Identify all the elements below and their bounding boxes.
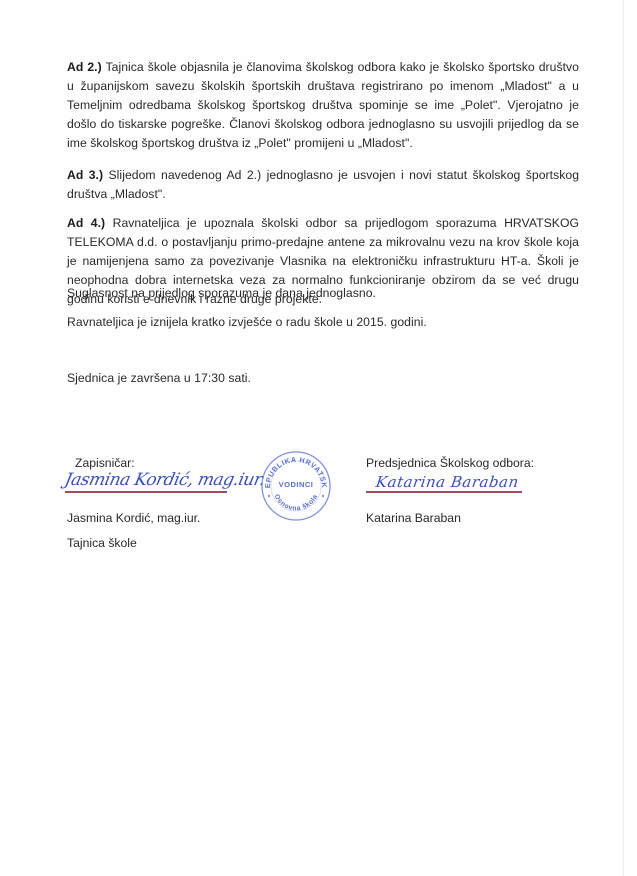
chairwoman-signature-line	[366, 491, 522, 493]
ad2-label: Ad 2.)	[67, 60, 102, 74]
chairwoman-handwritten-signature: Katarina Baraban	[375, 473, 520, 491]
paragraph-ad3: Ad 3.) Slijedom navedenog Ad 2.) jednogl…	[67, 166, 579, 204]
recorder-role: Tajnica škole	[67, 535, 137, 551]
stamp-center-text: VODINCI	[260, 480, 332, 489]
document-page: Ad 2.) Tajnica škole objasnila je članov…	[0, 0, 637, 876]
svg-text:Osnovna škola: Osnovna škola	[273, 493, 320, 512]
official-stamp: REPUBLIKA HRVATSKA Osnovna škola VODINCI	[260, 450, 332, 522]
ad3-text: Slijedom navedenog Ad 2.) jednoglasno je…	[67, 168, 579, 201]
recorder-handwritten-signature: Jasmina Kordić, mag.iur.	[63, 470, 267, 490]
recorder-signature-line	[65, 491, 227, 493]
report-statement: Ravnateljica je iznijela kratko izvješće…	[67, 313, 579, 332]
agreement-statement: Suglasnost na prijedlog sporazuma je dan…	[67, 284, 579, 303]
recorder-name: Jasmina Kordić, mag.iur.	[67, 510, 200, 526]
chairwoman-name: Katarina Baraban	[366, 510, 461, 526]
ad4-label: Ad 4.)	[67, 216, 105, 230]
ad2-text: Tajnica škole objasnila je članovima ško…	[67, 60, 579, 150]
paragraph-ad2: Ad 2.) Tajnica škole objasnila je članov…	[67, 58, 579, 153]
stamp-bottom-text: Osnovna škola	[273, 493, 320, 512]
closing-statement: Sjednica je završena u 17:30 sati.	[67, 369, 579, 388]
recorder-title: Zapisničar:	[75, 455, 135, 471]
scan-edge-line	[623, 0, 624, 876]
ad3-label: Ad 3.)	[67, 168, 103, 182]
chairwoman-title: Predsjednica Školskog odbora:	[366, 455, 534, 471]
